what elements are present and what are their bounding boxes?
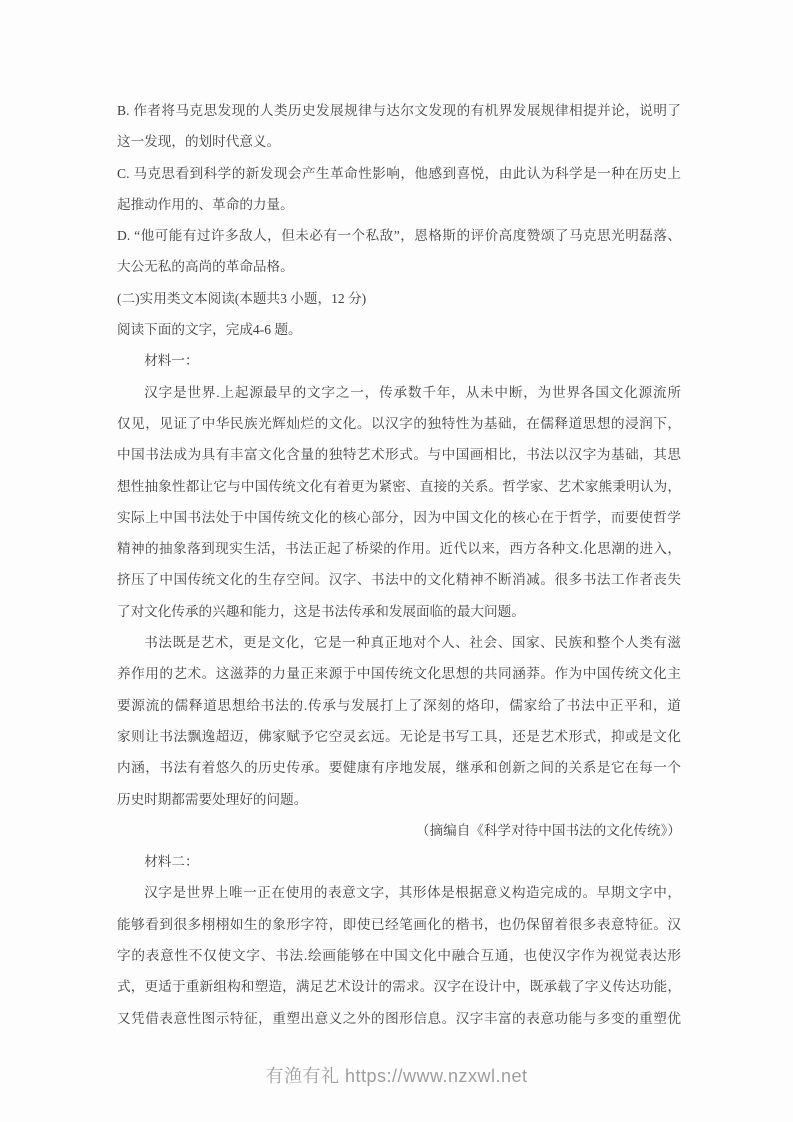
text-line: 精神的抽象落到现实生活，书法正起了桥梁的作用。近代以来，西方各种文.化思潮的进入… [117, 533, 681, 564]
text-line: 字的表意性不仅使文字、书法.绘画能够在中国文化中融合互通，也使汉字作为视觉表达形 [117, 940, 681, 971]
text-line: 阅读下面的文字，完成4-6 题。 [117, 314, 681, 345]
text-line: (二)实用类文本阅读(本题共3 小题，12 分) [117, 283, 681, 314]
text-line: 历史时期都需要处理好的问题。 [117, 784, 681, 815]
text-line: 材料一： [117, 345, 681, 376]
text-line: 这一发现，的划时代意义。 [117, 126, 681, 157]
text-line: 了对文化传承的兴趣和能力，这是书法传承和发展面临的最大问题。 [117, 596, 681, 627]
watermark-text: 有渔有礼 https://www.nzxwl.net [265, 1066, 527, 1086]
text-line: 仅见，见证了中华民族光辉灿烂的文化。以汉字的独特性为基础，在儒释道思想的浸润下， [117, 408, 681, 439]
text-line: 又凭借表意性图示特征，重塑出意义之外的图形信息。汉字丰富的表意功能与多变的重塑优 [117, 1003, 681, 1034]
text-line: （摘编自《科学对待中国书法的文化传统》） [117, 815, 681, 846]
text-line: 能够看到很多栩栩如生的象形字符，即使已经笔画化的楷书，也仍保留着很多表意特征。汉 [117, 909, 681, 940]
watermark: 有渔有礼 https://www.nzxwl.net [0, 1062, 793, 1088]
text-line: 汉字是世界上唯一正在使用的表意文字，其形体是根据意义构造完成的。早期文字中， [117, 877, 681, 908]
text-line: 想性抽象性都让它与中国传统文化有着更为紧密、直接的关系。哲学家、艺术家熊秉明认为… [117, 471, 681, 502]
text-line: C. 马克思看到科学的新发现会产生革命性影响，他感到喜悦，由此认为科学是一种在历… [117, 158, 681, 189]
text-line: 家则让书法飘逸超迈，佛家赋予它空灵玄远。无论是书写工具，还是艺术形式，抑或是文化 [117, 721, 681, 752]
text-line: 内涵，书法有着悠久的历史传承。要健康有序地发展，继承和创新之间的关系是它在每一个 [117, 752, 681, 783]
text-line: 养作用的艺术。这滋莽的力量正来源于中国传统文化思想的共同涵莽。作为中国传统文化主 [117, 658, 681, 689]
document-page: B. 作者将马克思发现的人类历史发展规律与达尔文发现的有机界发展规律相提并论，说… [0, 0, 793, 1122]
text-line: 挤压了中国传统文化的生存空间。汉字、书法中的文化精神不断消减。很多书法工作者丧失 [117, 564, 681, 595]
text-line: D. “他可能有过许多敌人，但未必有一个私敌”，恩格斯的评价高度赞颂了马克思光明… [117, 220, 681, 251]
text-line: B. 作者将马克思发现的人类历史发展规律与达尔文发现的有机界发展规律相提并论，说… [117, 95, 681, 126]
text-line: 要源流的儒释道思想给书法的.传承与发展打上了深刻的烙印，儒家给了书法中正平和，道 [117, 690, 681, 721]
text-line: 大公无私的高尚的革命品格。 [117, 251, 681, 282]
text-line: 书法既是艺术，更是文化，它是一种真正地对个人、社会、国家、民族和整个人类有滋 [117, 627, 681, 658]
text-line: 实际上中国书法处于中国传统文化的核心部分，因为中国文化的核心在于哲学，而要使哲学 [117, 502, 681, 533]
text-line: 材料二： [117, 846, 681, 877]
text-column: B. 作者将马克思发现的人类历史发展规律与达尔文发现的有机界发展规律相提并论，说… [117, 95, 681, 1034]
text-line: 中国书法成为具有丰富文化含量的独特艺术形式。与中国画相比，书法以汉字为基础，其思 [117, 439, 681, 470]
text-line: 式，更适于重新组构和塑造，满足艺术设计的需求。汉字在设计中，既承载了字义传达功能… [117, 971, 681, 1002]
text-line: 汉字是世界.上起源最早的文字之一，传承数千年，从未中断，为世界各国文化源流所 [117, 377, 681, 408]
text-line: 起推动作用的、革命的力量。 [117, 189, 681, 220]
